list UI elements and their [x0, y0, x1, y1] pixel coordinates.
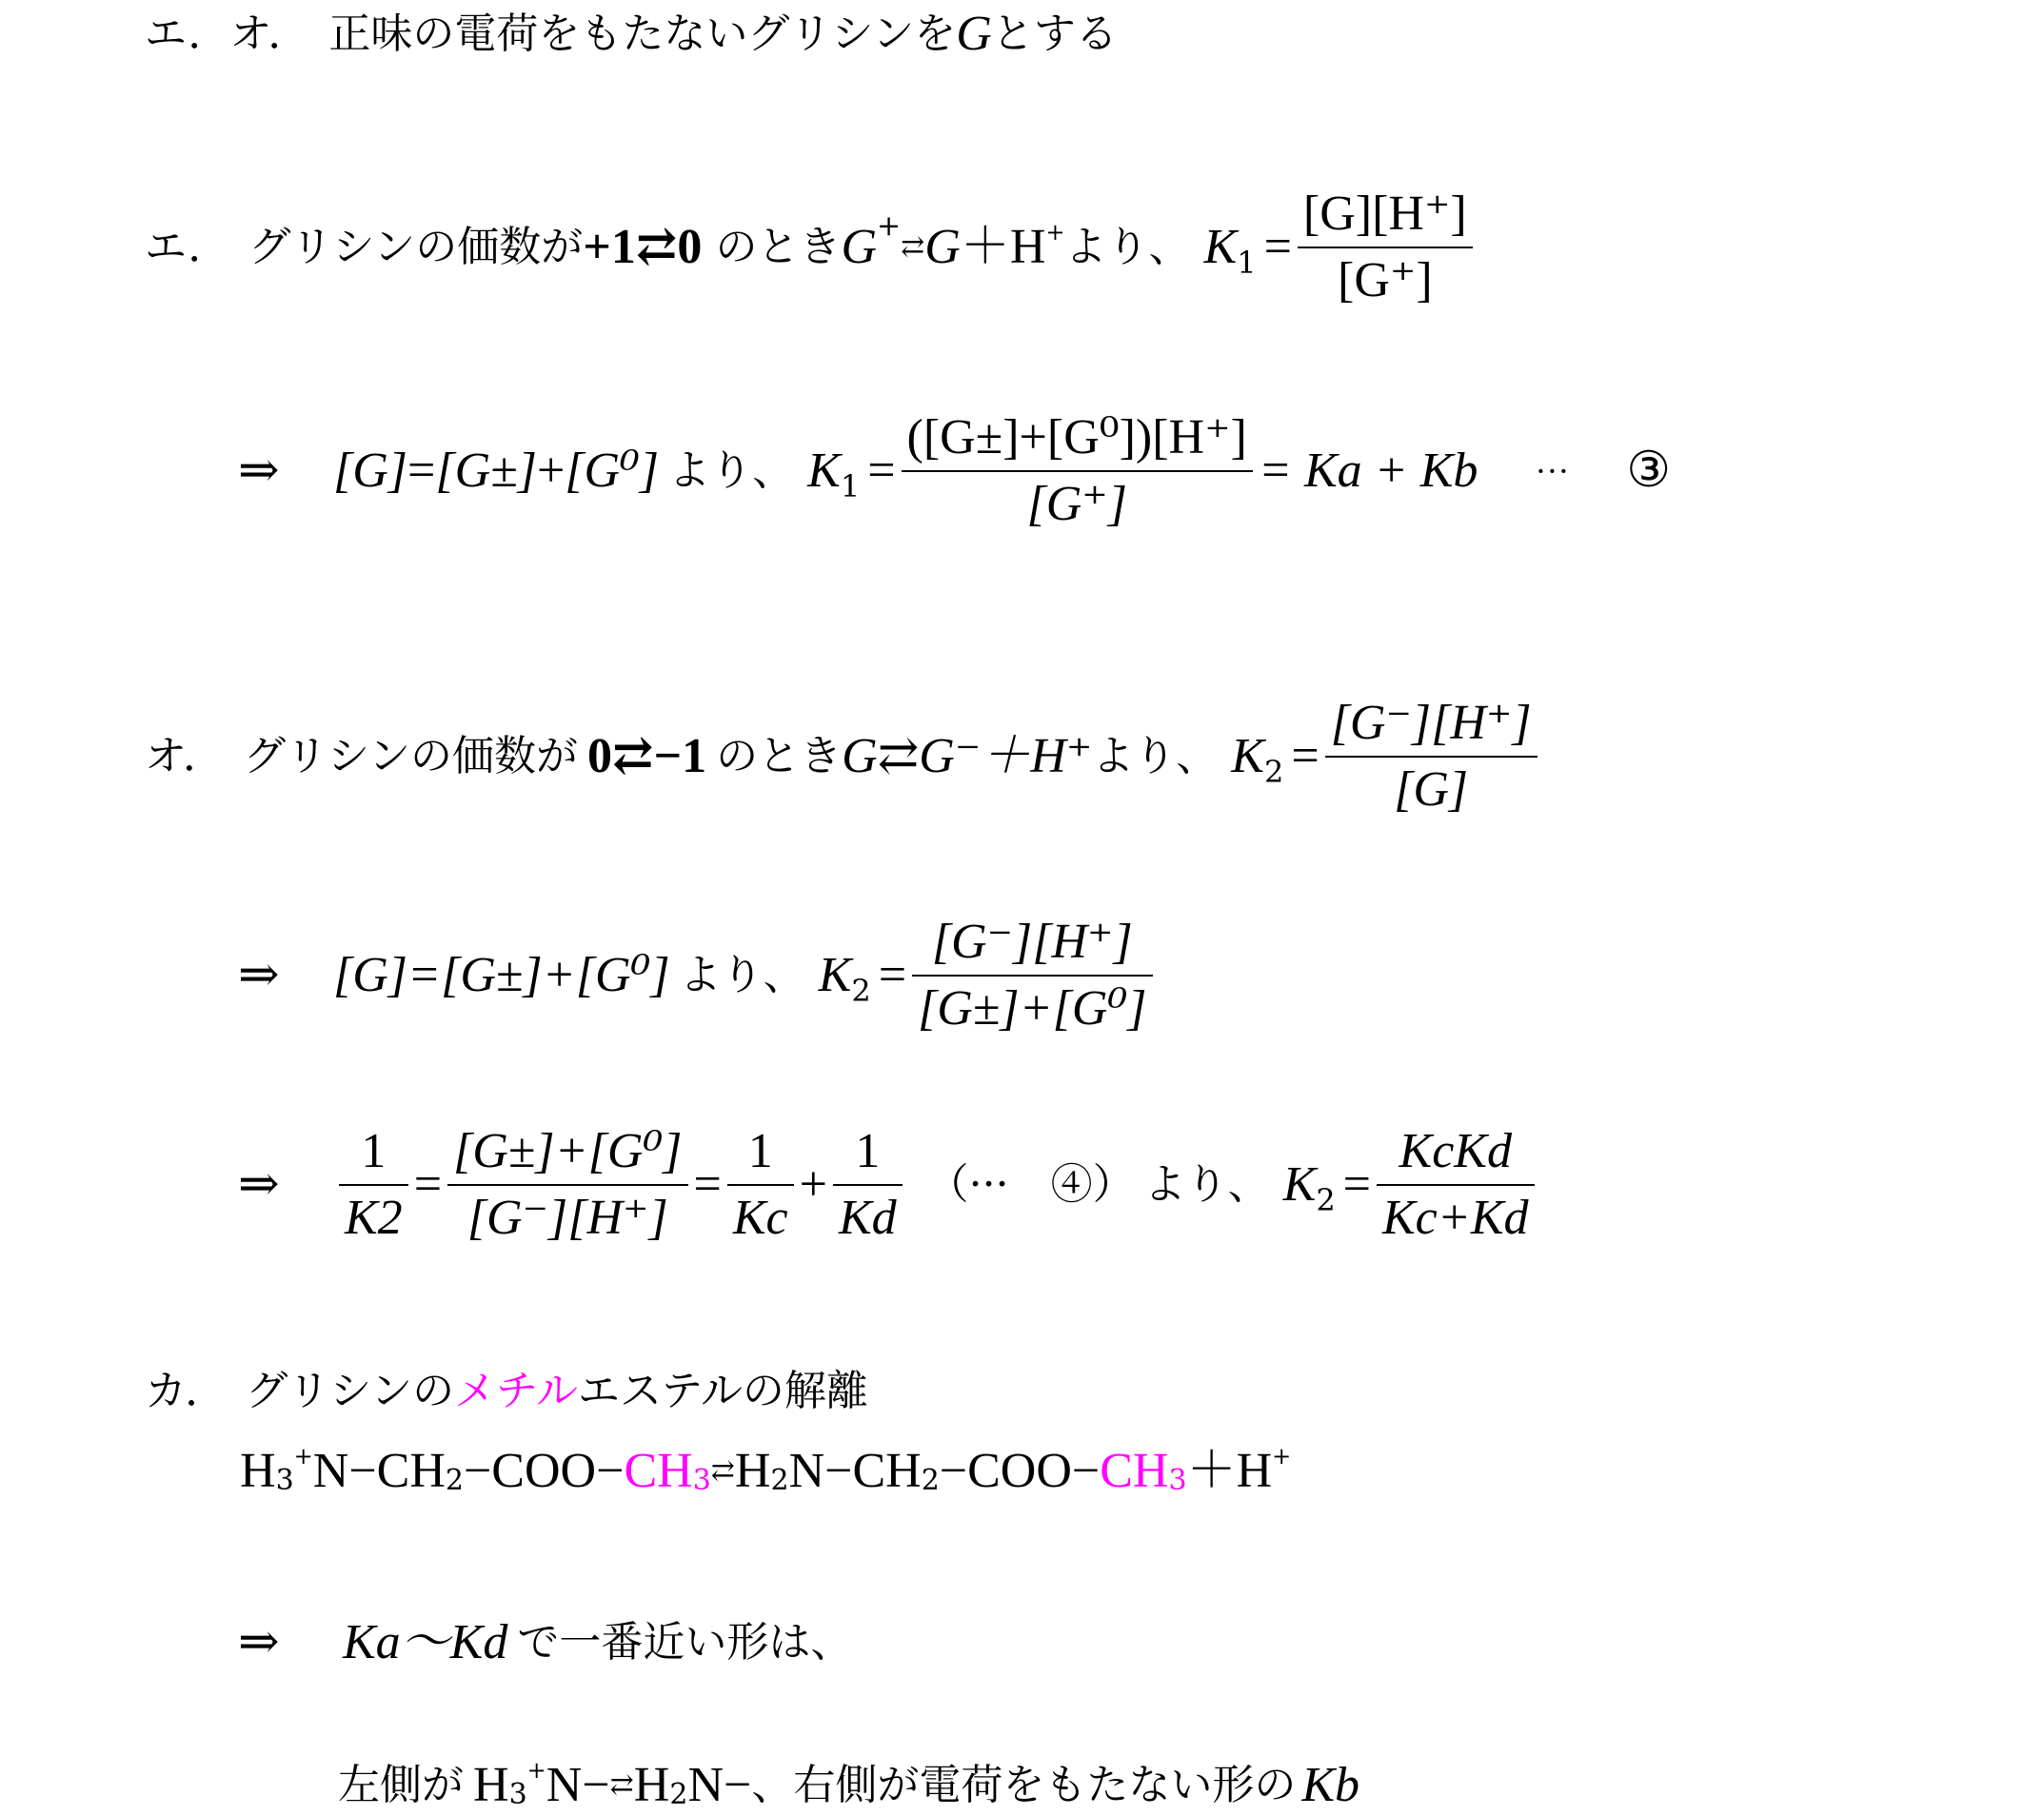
implies-arrow: ⇒ [238, 1160, 333, 1210]
reaction-rhs: G [924, 223, 961, 272]
section-e-text1: グリシンの価数が [248, 227, 583, 268]
plus-sign: ＋ [961, 223, 1010, 272]
reciprocal-k2-fraction: 1 K2 [339, 1127, 408, 1243]
k2-subscript: 2 [851, 976, 870, 1006]
section-ka-text1: グリシンの [246, 1371, 454, 1412]
equals-sign: = [1343, 1160, 1371, 1210]
section-e-valence: +1⇄0 [583, 223, 702, 272]
fraction-bar [447, 1184, 688, 1186]
k1-denominator: [G⁺] [1332, 256, 1439, 306]
k2-expanded-denominator: [G±]+[G⁰] [912, 984, 1153, 1034]
k1-numerator: [G][H⁺] [1298, 189, 1473, 239]
reciprocal-k2-numerator: 1 [355, 1127, 391, 1176]
implies-arrow: ⇒ [238, 446, 333, 496]
k2-subscript: 2 [1264, 757, 1283, 787]
k1-fraction: [G][H⁺] [G⁺] [1298, 189, 1473, 306]
section-e-line: エ． グリシンの価数が +1⇄0 のとき G+ ⇄ G ＋ H+ より、 K1 … [145, 176, 1478, 319]
fraction-bar [912, 975, 1153, 977]
ratio-fraction: [G±]+[G⁰] [G⁻][H⁺] [447, 1127, 688, 1243]
reciprocal-kc-numerator: 1 [743, 1127, 779, 1176]
conclusion-text: で一番近い形は、 [517, 1622, 852, 1664]
k2-numerator: [G⁻][H⁺] [1325, 699, 1538, 748]
section-ka-line: カ． グリシンの メチル エステルの解離 [145, 1371, 868, 1412]
ellipsis: ··· [1535, 454, 1569, 488]
k1-expanded-fraction: ([G±]+[G⁰])[H⁺] [G⁺] [902, 413, 1253, 529]
section-o-valence: 0⇄−1 [587, 732, 706, 781]
k2-fraction: [G⁻][H⁺] [G] [1325, 699, 1538, 815]
equals-sign: = [1264, 223, 1292, 272]
fraction-bar [1377, 1184, 1535, 1186]
k2-subscript: 2 [1316, 1185, 1335, 1215]
k1-symbol: K [807, 446, 841, 496]
equation-marker-3: ③ [1626, 446, 1671, 496]
reaction-lhs-charge: + [877, 212, 901, 241]
fraction-bar [727, 1184, 794, 1186]
reciprocal-kd-fraction: 1 Kd [833, 1127, 903, 1243]
title-text: 正味の電荷をもたないグリシンを [328, 13, 956, 55]
term-neutral: [G⁰] [565, 446, 659, 496]
k1-result: = Ka + Kb [1259, 446, 1478, 496]
plus-sign: + [800, 1160, 827, 1210]
constant-range: Ka〜Kd [343, 1618, 507, 1668]
k2-expanded-fraction: [G⁻][H⁺] [G±]+[G⁰] [912, 918, 1153, 1034]
methyl-highlight: メチル [454, 1371, 578, 1412]
section-ka-text2: エステルの解離 [578, 1371, 868, 1412]
k1-expanded-numerator: ([G±]+[G⁰])[H⁺] [902, 413, 1253, 463]
detail-text1: 左側が [338, 1765, 464, 1806]
section-o-text3: より、 [1092, 736, 1218, 778]
section-o-reaction: G⇄G⁻＋H⁺ [842, 732, 1092, 781]
ester-dissociation-equation: H3+N−CH2−COO−CH3⇄H2N−CH2−COO−CH3＋H+ [240, 1447, 1291, 1496]
equals-sign: = [867, 446, 895, 496]
title-line: エ．オ． 正味の電荷をもたないグリシンを G とする [145, 10, 1118, 59]
derivation-1-text: より、 [668, 450, 794, 492]
ratio-denominator: [G⁻][H⁺] [462, 1194, 674, 1243]
k2-expanded-numerator: [G⁻][H⁺] [926, 918, 1139, 967]
section-o-label: オ． [145, 736, 225, 778]
reaction-lhs: G [841, 223, 877, 272]
k1-expanded-denominator: [G⁺] [1021, 480, 1132, 529]
k2-result-numerator: KcKd [1394, 1127, 1518, 1176]
equals-sign: = [1291, 732, 1319, 781]
derivation-3-line: ⇒ 1 K2 = [G±]+[G⁰] [G⁻][H⁺] = 1 Kc + 1 K… [238, 1109, 1540, 1261]
reciprocal-kc-denominator: Kc [727, 1194, 794, 1243]
k2-symbol: K [1231, 732, 1264, 781]
plus-sign: + [537, 446, 565, 496]
section-o-line: オ． グリシンの価数が 0⇄−1 のとき G⇄G⁻＋H⁺ より、 K2 = [G… [145, 685, 1543, 828]
section-e-text3: より、 [1065, 227, 1191, 268]
title-symbol: G [956, 10, 992, 59]
fraction-bar [339, 1184, 408, 1186]
concentration-sum: [G]=[G±]+[G⁰] [333, 951, 670, 1000]
equals-sign: = [414, 1160, 442, 1210]
implies-arrow: ⇒ [238, 951, 333, 1000]
implies-arrow: ⇒ [238, 1618, 343, 1668]
hydrogen-ion-charge: + [1045, 221, 1064, 244]
reciprocal-kd-numerator: 1 [849, 1127, 885, 1176]
equals-sign: = [879, 951, 906, 1000]
reciprocal-kc-fraction: 1 Kc [727, 1127, 794, 1243]
fraction-bar [902, 470, 1253, 472]
k2-symbol: K [1283, 1160, 1317, 1210]
equals-sign: = [407, 446, 435, 496]
term-zwitterion: [G±] [435, 446, 537, 496]
title-tail: とする [992, 13, 1118, 55]
derivation-1-line: ⇒ [G] = [G±] + [G⁰] より、 K1 = ([G±]+[G⁰])… [238, 400, 1671, 543]
equals-sign: = [694, 1160, 722, 1210]
ratio-numerator: [G±]+[G⁰] [447, 1127, 688, 1176]
k1-subscript: 1 [841, 471, 860, 502]
detail-text2: 、右側が電荷をもたない形の [751, 1765, 1296, 1806]
k2-denominator: [G] [1388, 765, 1474, 815]
section-e-text2: のとき [715, 227, 841, 268]
derivation-3-text: より、 [1144, 1164, 1270, 1206]
hydrogen-ion: H [1010, 223, 1046, 272]
derivation-2-line: ⇒ [G]=[G±]+[G⁰] より、 K2 = [G⁻][H⁺] [G±]+[… [238, 904, 1159, 1047]
reciprocal-k2-denominator: K2 [339, 1194, 408, 1243]
conclusion-line: ⇒ Ka〜Kd で一番近い形は、 [238, 1618, 852, 1668]
section-o-text1: グリシンの価数が [244, 736, 578, 778]
section-e-label: エ． [145, 227, 229, 268]
k2-symbol: K [819, 951, 852, 1000]
k1-symbol: K [1204, 223, 1238, 272]
fraction-bar [1325, 756, 1538, 758]
equation-marker-4: （··· ④） [927, 1164, 1135, 1206]
reciprocal-kd-denominator: Kd [833, 1194, 903, 1243]
concentration-g: [G] [333, 446, 407, 496]
section-o-text2: のとき [716, 736, 842, 778]
conclusion-detail-line: 左側が H3+N−⇄H2N− 、右側が電荷をもたない形の Kb [338, 1761, 1359, 1810]
fraction-bar [1298, 247, 1473, 248]
fraction-bar [833, 1184, 903, 1186]
derivation-2-text: より、 [680, 955, 805, 997]
k2-result-fraction: KcKd Kc+Kd [1377, 1127, 1535, 1243]
title-labels: エ．オ． [145, 13, 309, 55]
answer-kb: Kb [1301, 1761, 1359, 1810]
k1-subscript: 1 [1237, 247, 1256, 278]
equilibrium-arrow: ⇄ [901, 233, 924, 262]
section-ka-label: カ． [145, 1371, 227, 1412]
k2-result-denominator: Kc+Kd [1377, 1194, 1535, 1243]
